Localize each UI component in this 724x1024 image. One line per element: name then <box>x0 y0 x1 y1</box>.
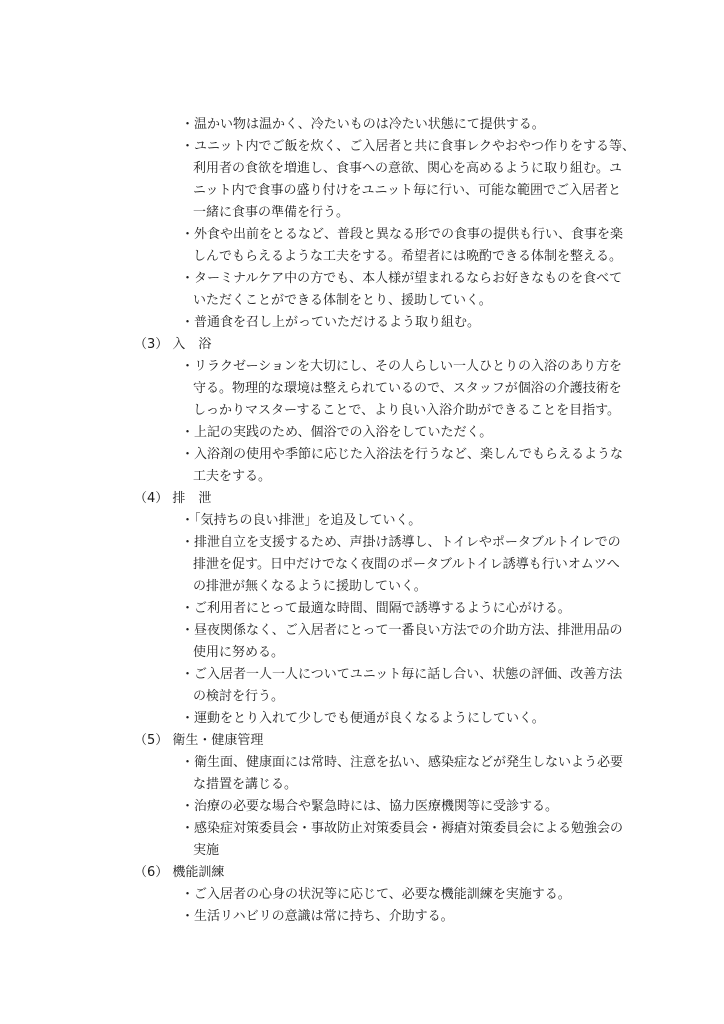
bullet-line: ・衛生面、健康面には常時、注意を払い、感染症などが発生しないよう必要 <box>181 752 724 774</box>
bullet-line: ・ユニット内でご飯を炊く、ご入居者と共に食事レクやおやつ作りをする等、 <box>181 136 724 158</box>
continuation-line: な措置を講じる。 <box>193 774 724 796</box>
bullet-line: ・入浴剤の使用や季節に応じた入浴法を行うなど、楽しんでもらえるような <box>181 444 724 466</box>
bullet-line: ・ご入居者の心身の状況等に応じて、必要な機能訓練を実施する。 <box>181 884 724 906</box>
continuation-line: ニット内で食事の盛り付けをユニット毎に行い、可能な範囲でご入居者と <box>193 180 724 202</box>
bullet-line: ・温かい物は温かく、冷たいものは冷たい状態にて提供する。 <box>181 114 724 136</box>
continuation-line: 実施 <box>193 840 724 862</box>
bullet-line: ・運動をとり入れて少しでも便通が良くなるようにしていく。 <box>181 708 724 730</box>
document-page: ・温かい物は温かく、冷たいものは冷たい状態にて提供する。 ・ユニット内でご飯を炊… <box>0 0 724 1024</box>
bullet-line: ・外食や出前をとるなど、普段と異なる形での食事の提供も行い、食事を楽 <box>181 224 724 246</box>
document-content: ・温かい物は温かく、冷たいものは冷たい状態にて提供する。 ・ユニット内でご飯を炊… <box>0 0 724 928</box>
continuation-line: 一緒に食事の準備を行う。 <box>193 202 724 224</box>
continuation-line: 利用者の食欲を増進し、食事への意欲、関心を高めるように取り組む。ユ <box>193 158 724 180</box>
bullet-line: ・感染症対策委員会・事故防止対策委員会・褥瘡対策委員会による勉強会の <box>181 818 724 840</box>
section-heading-bathing: （3） 入 浴 <box>134 334 724 356</box>
section-heading-functional-training: （6） 機能訓練 <box>134 862 724 884</box>
bullet-line: ・昼夜関係なく、ご入居者にとって一番良い方法での介助方法、排泄用品の <box>181 620 724 642</box>
continuation-line: の排泄が無くなるように援助していく。 <box>193 576 724 598</box>
bullet-line: ・治療の必要な場合や緊急時には、協力医療機関等に受診する。 <box>181 796 724 818</box>
bullet-line: ・ご入居者一人一人についてユニット毎に話し合い、状態の評価、改善方法 <box>181 664 724 686</box>
bullet-line: ・ターミナルケア中の方でも、本人様が望まれるならお好きなものを食べて <box>181 268 724 290</box>
continuation-line: 守る。物理的な環境は整えられているので、スタッフが個浴の介護技術を <box>193 378 724 400</box>
bullet-line: ・上記の実践のため、個浴での入浴をしていただく。 <box>181 422 724 444</box>
bullet-line: ・普通食を召し上がっていただけるよう取り組む。 <box>181 312 724 334</box>
continuation-line: 工夫をする。 <box>193 466 724 488</box>
continuation-line: いただくことができる体制をとり、援助していく。 <box>193 290 724 312</box>
bullet-line: ・「気持ちの良い排泄」を追及していく。 <box>181 510 724 532</box>
bullet-line: ・リラクゼーションを大切にし、その人らしい一人ひとりの入浴のあり方を <box>181 356 724 378</box>
bullet-line: ・生活リハビリの意識は常に持ち、介助する。 <box>181 906 724 928</box>
continuation-line: しんでもらえるような工夫をする。希望者には晩酌できる体制を整える。 <box>193 246 724 268</box>
bullet-line: ・ご利用者にとって最適な時間、間隔で誘導するように心がける。 <box>181 598 724 620</box>
continuation-line: 排泄を促す。日中だけでなく夜間のポータブルトイレ誘導も行いオムツへ <box>193 554 724 576</box>
bullet-line: ・排泄自立を支援するため、声掛け誘導し、トイレやポータブルトイレでの <box>181 532 724 554</box>
continuation-line: の検討を行う。 <box>193 686 724 708</box>
continuation-line: 使用に努める。 <box>193 642 724 664</box>
section-heading-excretion: （4） 排 泄 <box>134 488 724 510</box>
continuation-line: しっかりマスターすることで、より良い入浴介助ができることを目指す。 <box>193 400 724 422</box>
section-heading-hygiene-health: （5） 衛生・健康管理 <box>134 730 724 752</box>
